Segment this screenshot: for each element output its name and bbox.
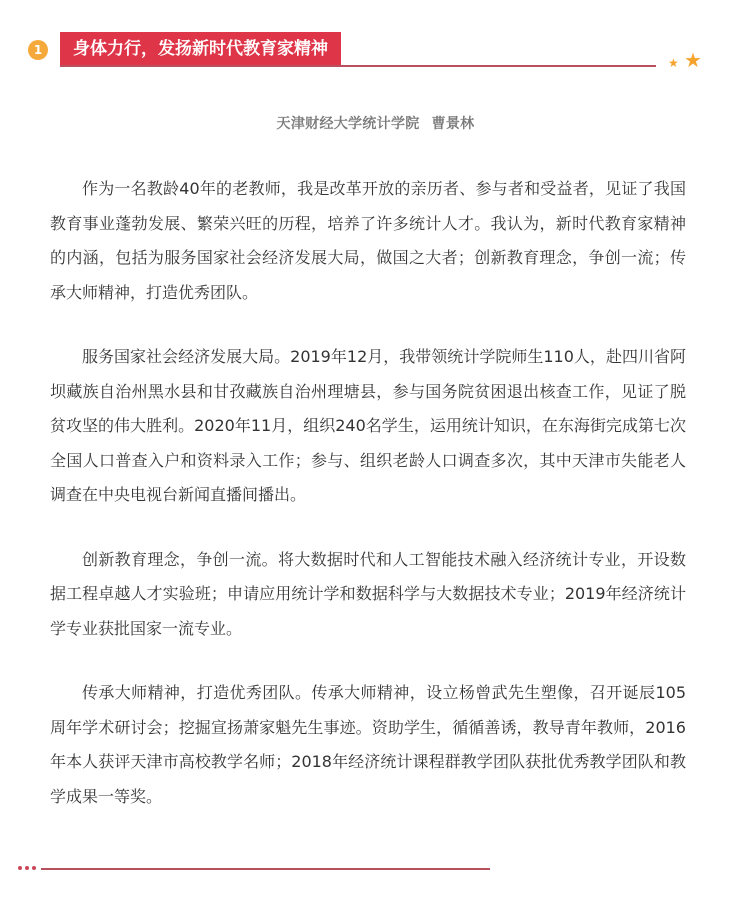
author-name: 曹景林 <box>432 116 475 132</box>
title-underline-divider <box>60 65 656 67</box>
dot <box>25 866 29 870</box>
footer-line <box>41 868 490 870</box>
article-paragraph: 作为一名教龄40年的老教师，我是改革开放的亲历者、参与者和受益者，见证了我国教育… <box>50 172 686 310</box>
byline: 天津财经大学统计学院曹景林 <box>0 113 751 133</box>
article-body: 作为一名教龄40年的老教师，我是改革开放的亲历者、参与者和受益者，见证了我国教育… <box>50 172 686 844</box>
article-paragraph: 传承大师精神，打造优秀团队。传承大师精神，设立杨曾武先生塑像，召开诞辰105周年… <box>50 676 686 814</box>
article-paragraph: 创新教育理念，争创一流。将大数据时代和人工智能技术融入经济统计专业，开设数据工程… <box>50 543 686 647</box>
author-affiliation: 天津财经大学统计学院 <box>277 116 420 132</box>
star-large-icon: ★ <box>684 50 702 70</box>
star-small-icon: ★ <box>668 57 679 69</box>
section-title: 身体力行，发扬新时代教育家精神 <box>60 32 341 66</box>
dot <box>18 866 22 870</box>
dot <box>32 866 36 870</box>
section-number-badge: 1 <box>28 40 48 60</box>
section-header: 1 身体力行，发扬新时代教育家精神 ★ ★ <box>0 0 751 90</box>
dots-icon <box>18 866 36 870</box>
footer-divider <box>0 845 751 900</box>
article-paragraph: 服务国家社会经济发展大局。2019年12月，我带领统计学院师生110人，赴四川省… <box>50 340 686 513</box>
